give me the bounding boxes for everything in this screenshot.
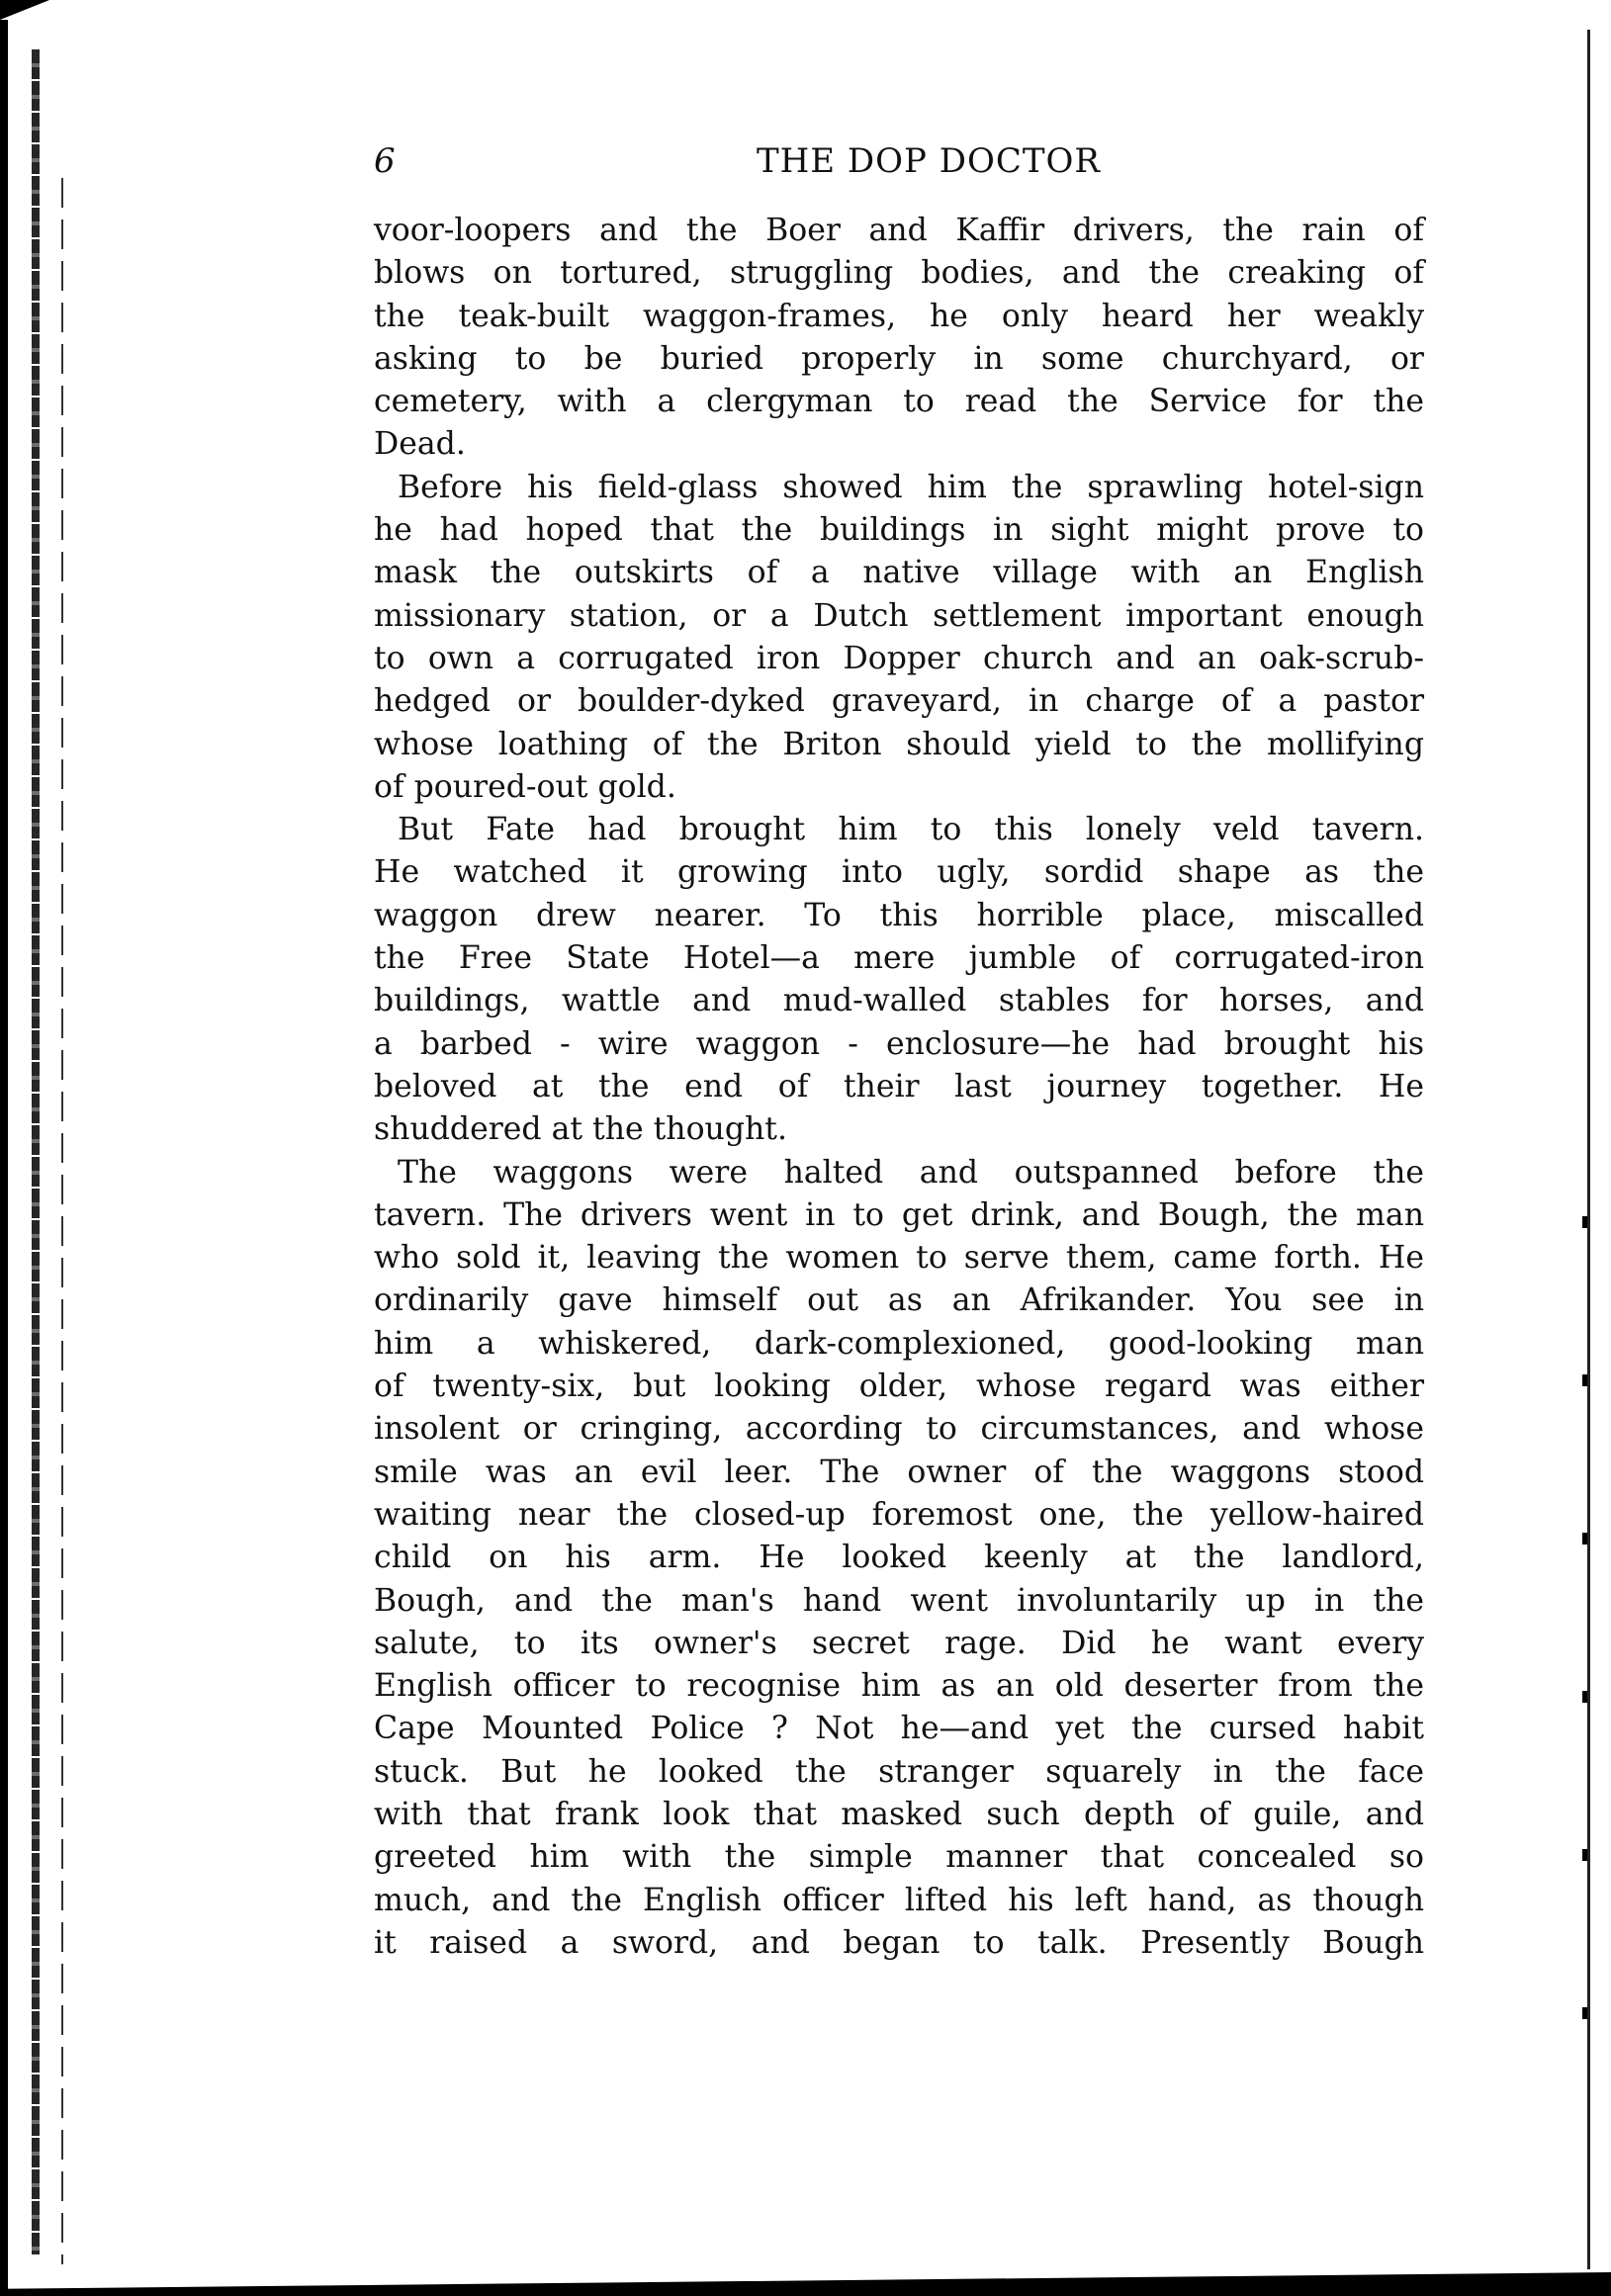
scan-edge-right	[1587, 30, 1590, 2269]
text-line: The waggons were halted and outspanned b…	[374, 1152, 1424, 1194]
book-binding-line	[61, 178, 63, 2264]
paragraph: The waggons were halted and outspanned b…	[374, 1152, 1424, 1966]
text-line: a barbed - wire waggon - enclosure—he ha…	[374, 1023, 1424, 1066]
text-line: with that frank look that masked such de…	[374, 1794, 1424, 1836]
text-line: buildings, wattle and mud-walled stables…	[374, 980, 1424, 1022]
text-line: of poured-out gold.	[374, 766, 1424, 809]
scan-edge-right-marks	[1582, 1137, 1587, 2027]
scanned-book-page: 6 THE DOP DOCTOR voor-loopers and the Bo…	[0, 0, 1611, 2296]
paragraph: But Fate had brought him to this lonely …	[374, 809, 1424, 1151]
text-line: of twenty-six, but looking older, whose …	[374, 1366, 1424, 1408]
text-line: English officer to recognise him as an o…	[374, 1665, 1424, 1708]
book-title: THE DOP DOCTOR	[374, 136, 1424, 186]
text-line: beloved at the end of their last journey…	[374, 1066, 1424, 1108]
text-line: salute, to its owner's secret rage. Did …	[374, 1623, 1424, 1665]
text-line: Cape Mounted Police ? Not he—and yet the…	[374, 1708, 1424, 1750]
text-line: hedged or boulder-dyked graveyard, in ch…	[374, 680, 1424, 723]
text-line: insolent or cringing, according to circu…	[374, 1408, 1424, 1451]
text-line: the Free State Hotel—a mere jumble of co…	[374, 937, 1424, 980]
text-line: ordinarily gave himself out as an Afrika…	[374, 1280, 1424, 1322]
book-binding-shadow	[32, 49, 40, 2254]
text-line: But Fate had brought him to this lonely …	[374, 809, 1424, 851]
text-line: waggon drew nearer. To this horrible pla…	[374, 895, 1424, 937]
body-text: voor-loopers and the Boer and Kaffir dri…	[374, 210, 1424, 1965]
text-line: stuck. But he looked the stranger square…	[374, 1751, 1424, 1794]
paragraph: voor-loopers and the Boer and Kaffir dri…	[374, 210, 1424, 467]
text-line: asking to be buried properly in some chu…	[374, 338, 1424, 381]
scan-edge-top-corner	[0, 0, 49, 20]
text-line: Before his field-glass showed him the sp…	[374, 467, 1424, 509]
scan-edge-left	[0, 20, 8, 2296]
text-line: smile was an evil leer. The owner of the…	[374, 1452, 1424, 1494]
text-line: He watched it growing into ugly, sordid …	[374, 851, 1424, 894]
paragraph: Before his field-glass showed him the sp…	[374, 467, 1424, 809]
text-line: cemetery, with a clergyman to read the S…	[374, 381, 1424, 423]
text-line: mask the outskirts of a native village w…	[374, 552, 1424, 594]
text-line: voor-loopers and the Boer and Kaffir dri…	[374, 210, 1424, 252]
running-head: 6 THE DOP DOCTOR	[374, 136, 1424, 186]
text-line: whose loathing of the Briton should yiel…	[374, 724, 1424, 766]
text-line: Dead.	[374, 423, 1424, 466]
text-line: shuddered at the thought.	[374, 1108, 1424, 1151]
text-line: to own a corrugated iron Dopper church a…	[374, 638, 1424, 680]
text-line: tavern. The drivers went in to get drink…	[374, 1194, 1424, 1237]
text-line: blows on tortured, struggling bodies, an…	[374, 252, 1424, 295]
text-line: he had hoped that the buildings in sight…	[374, 509, 1424, 552]
text-line: Bough, and the man's hand went involunta…	[374, 1580, 1424, 1623]
scan-edge-bottom	[0, 2272, 1611, 2296]
text-line: the teak-built waggon-frames, he only he…	[374, 296, 1424, 338]
text-line: missionary station, or a Dutch settlemen…	[374, 595, 1424, 638]
text-line: much, and the English officer lifted his…	[374, 1880, 1424, 1922]
text-line: greeted him with the simple manner that …	[374, 1836, 1424, 1879]
text-line: child on his arm. He looked keenly at th…	[374, 1537, 1424, 1579]
text-line: waiting near the closed-up foremost one,…	[374, 1494, 1424, 1537]
text-line: it raised a sword, and began to talk. Pr…	[374, 1922, 1424, 1965]
text-line: who sold it, leaving the women to serve …	[374, 1237, 1424, 1280]
text-line: him a whiskered, dark-complexioned, good…	[374, 1323, 1424, 1366]
